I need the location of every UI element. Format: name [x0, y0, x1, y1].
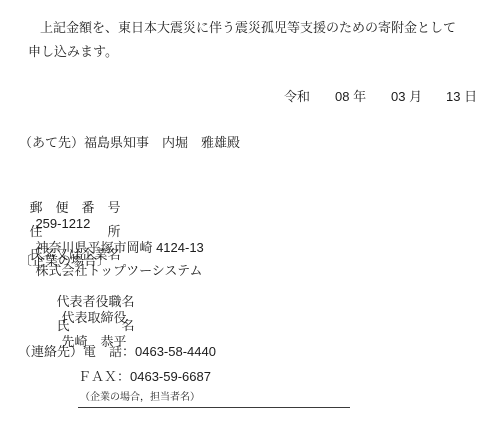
company-section-heading: 〔企業の場合〕: [19, 253, 110, 269]
date-year: 08 年: [335, 89, 366, 105]
contact-note-underline: （企業の場合，担当者名）: [78, 392, 350, 408]
date-era: 令和: [284, 89, 310, 105]
addressee-line: （あて先）福島県知事 内堀 雅雄殿: [19, 135, 240, 151]
body-text-line2: 申し込みます。: [28, 44, 118, 60]
body-text-line1: 上記金額を、東日本大震災に伴う震災孤児等支援のための寄附金として: [40, 20, 456, 36]
representative-name-label: 氏 名: [56, 318, 140, 334]
date-month: 03 月: [391, 89, 422, 105]
contact-phone-line: （連絡先）電 話：0463-58-4440: [18, 344, 216, 360]
contact-fax-line: ＦＡＸ：0463-59-6687: [78, 369, 211, 385]
contact-note-text: （企業の場合，担当者名）: [78, 392, 350, 404]
donation-application-document: 上記金額を、東日本大震災に伴う震災孤児等支援のための寄附金として 申し込みます。…: [0, 0, 500, 432]
date-day: 13 日: [446, 89, 477, 105]
